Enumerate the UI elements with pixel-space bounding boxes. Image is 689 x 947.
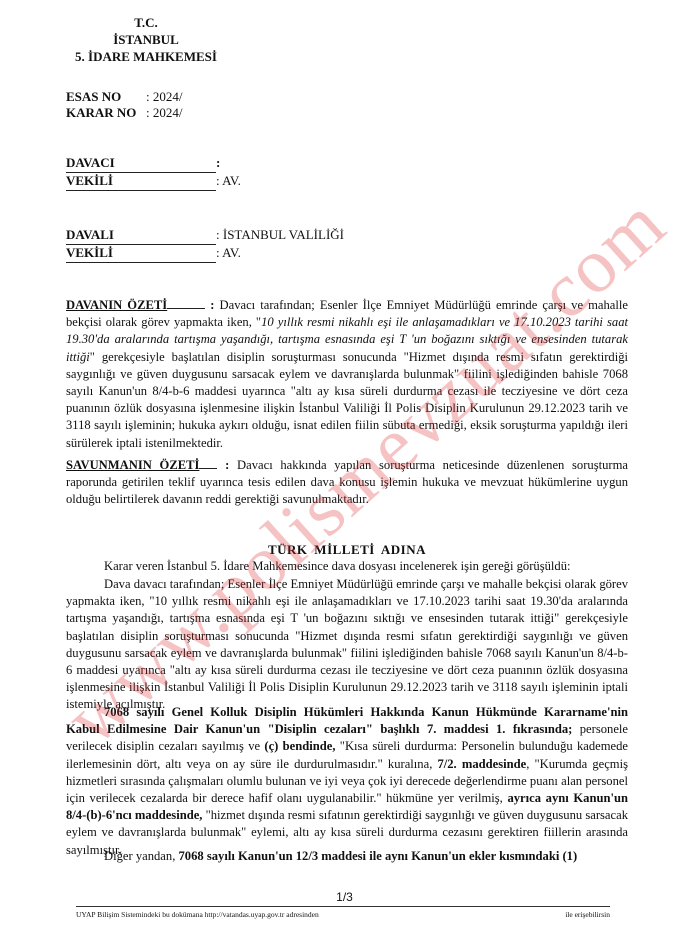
section-title: TÜRK MİLLETİ ADINA bbox=[66, 542, 628, 558]
underline-pad bbox=[199, 467, 217, 469]
body-paragraph-4: Diğer yandan, 7068 sayılı Kanun'un 12/3 … bbox=[66, 848, 628, 865]
davaci-label: DAVACI bbox=[66, 154, 216, 173]
p3-bold-2: (ç) bendinde, bbox=[264, 739, 335, 753]
document-page: T.C. İSTANBUL 5. İDARE MAHKEMESİ ESAS NO… bbox=[0, 0, 689, 947]
davaci-vekili-value: : AV. bbox=[216, 173, 241, 188]
body-paragraph-2: Dava davacı tarafından; Esenler İlçe Emn… bbox=[66, 576, 628, 714]
footer-uyap-note: UYAP Bilişim Sistemindeki bu dokümana ht… bbox=[76, 910, 319, 919]
davaci-vekili-row: VEKİLİ: AV. bbox=[66, 172, 241, 191]
page-number: 1/3 bbox=[0, 890, 689, 904]
court-header: T.C. İSTANBUL 5. İDARE MAHKEMESİ bbox=[66, 14, 226, 65]
header-tc: T.C. bbox=[66, 14, 226, 31]
body-paragraph-3: 7068 sayılı Genel Kolluk Disiplin Hüküml… bbox=[66, 704, 628, 859]
esas-no-value: : 2024/ bbox=[146, 89, 182, 104]
p3-bold-3: 7/2. maddesinde bbox=[437, 757, 526, 771]
dava-ozeti-label: DAVANIN ÖZETİ bbox=[66, 298, 167, 312]
underline-pad bbox=[167, 307, 205, 309]
p4-text-1: Diğer yandan, bbox=[104, 849, 179, 863]
karar-no-label: KARAR NO bbox=[66, 104, 146, 121]
davaci-vekili-label: VEKİLİ bbox=[66, 172, 216, 191]
header-court: 5. İDARE MAHKEMESİ bbox=[66, 48, 226, 65]
savunma-ozeti-label: SAVUNMANIN ÖZETİ bbox=[66, 458, 199, 472]
davaci-value: : bbox=[216, 155, 220, 170]
davali-label: DAVALI bbox=[66, 226, 216, 245]
esas-no-label: ESAS NO bbox=[66, 88, 146, 105]
footer-access-note: ile erişebilirsin bbox=[565, 910, 610, 919]
davali-row: DAVALI: İSTANBUL VALİLİĞİ bbox=[66, 226, 344, 245]
davali-vekili-value: : AV. bbox=[216, 245, 241, 260]
karar-no-value: : 2024/ bbox=[146, 105, 182, 120]
dava-ozeti-colon: : bbox=[210, 298, 214, 312]
davaci-row: DAVACI: bbox=[66, 154, 220, 173]
davali-vekili-label: VEKİLİ bbox=[66, 244, 216, 263]
dava-ozeti-text2: " gerekçesiyle başlatılan disiplin soruş… bbox=[66, 350, 628, 450]
savunma-ozeti-colon: : bbox=[225, 458, 229, 472]
p4-bold-1: 7068 sayılı Kanun'un 12/3 maddesi ile ay… bbox=[179, 849, 578, 863]
header-city: İSTANBUL bbox=[66, 31, 226, 48]
davali-vekili-row: VEKİLİ: AV. bbox=[66, 244, 241, 263]
karar-no: KARAR NO: 2024/ bbox=[66, 104, 182, 121]
footer-divider bbox=[76, 906, 610, 907]
p3-bold-1: 7068 sayılı Genel Kolluk Disiplin Hüküml… bbox=[66, 705, 628, 736]
esas-no: ESAS NO: 2024/ bbox=[66, 88, 182, 105]
savunma-ozeti: SAVUNMANIN ÖZETİ : Davacı hakkında yapıl… bbox=[66, 457, 628, 509]
dava-ozeti: DAVANIN ÖZETİ : Davacı tarafından; Esenl… bbox=[66, 297, 628, 452]
davali-value: : İSTANBUL VALİLİĞİ bbox=[216, 227, 344, 242]
body-paragraph-1: Karar veren İstanbul 5. İdare Mahkemesin… bbox=[66, 558, 628, 575]
